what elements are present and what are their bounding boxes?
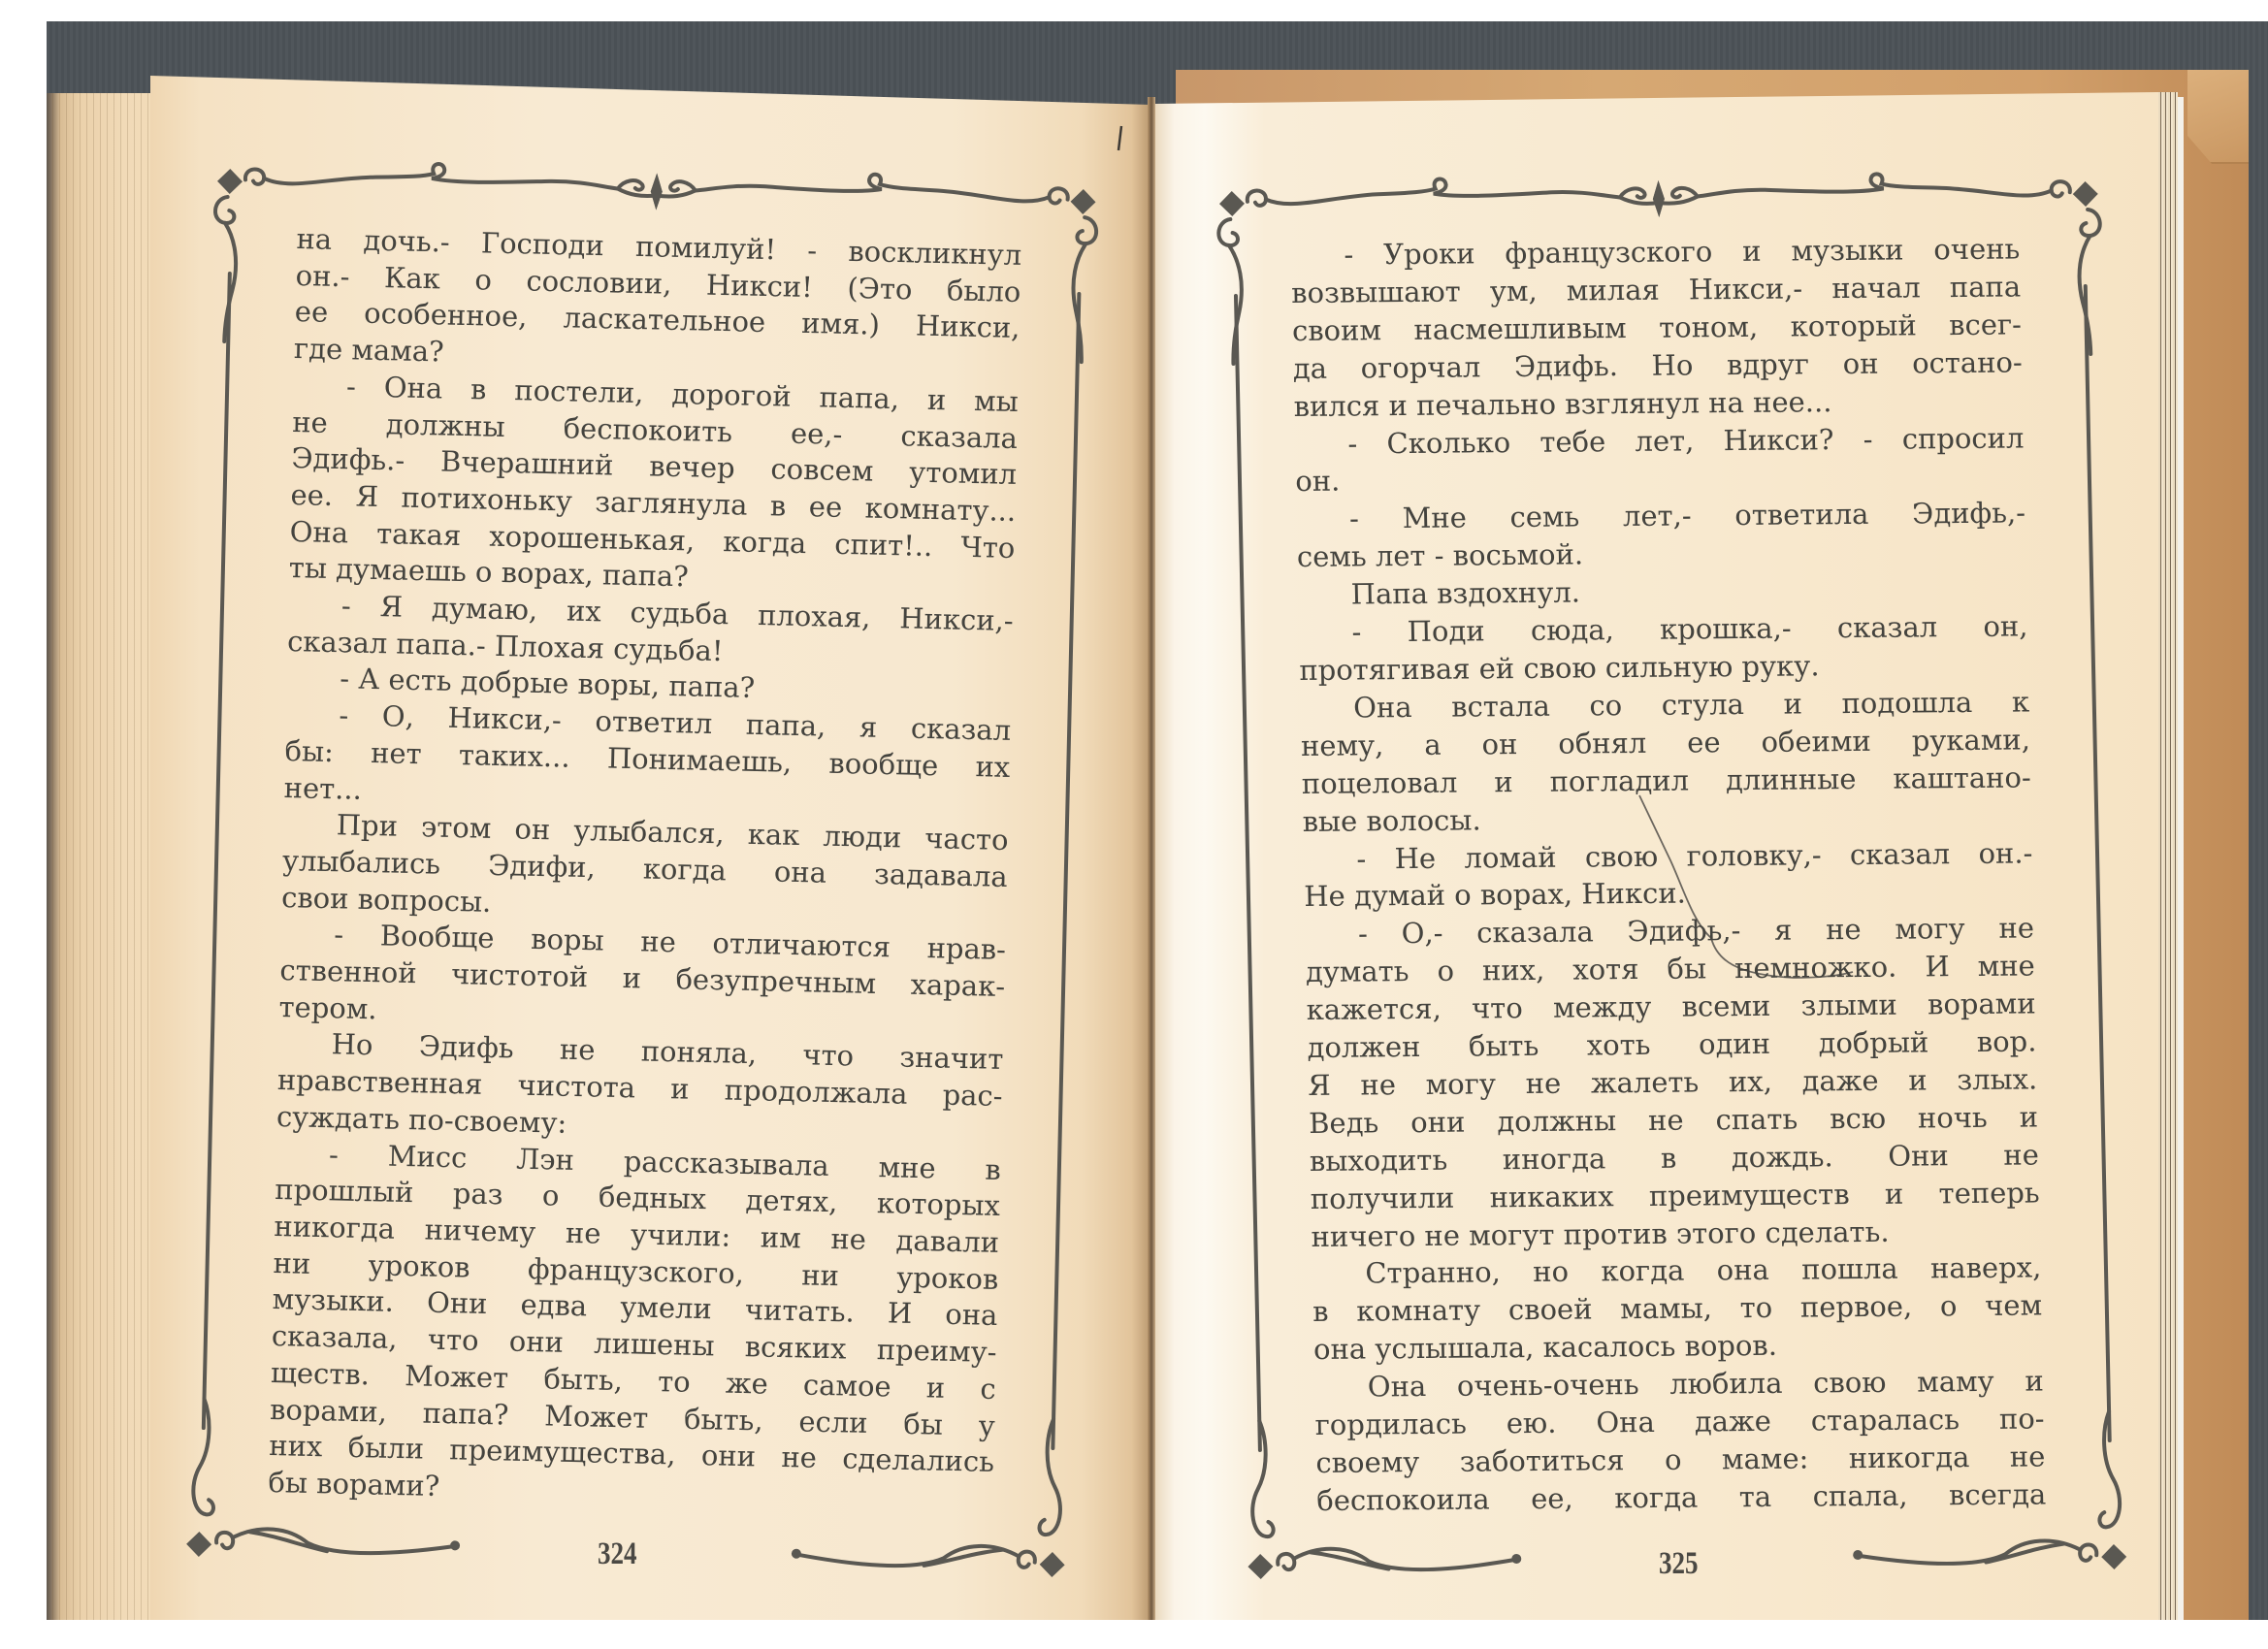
text-line: Странно, но когда она пошла наверх, — [1312, 1249, 2042, 1293]
text-line: - Поди сюда, крошка,- сказал он, — [1298, 607, 2028, 651]
text-line: она услышала, касалось воров. — [1313, 1325, 2044, 1369]
paragraph: - О,- сказала Эдифь,- я не могу недумать… — [1305, 910, 2041, 1256]
text-line: - Не ломай свою головку,- сказал он.- — [1303, 834, 2033, 878]
text-line: своим насмешливым тоном, который всег- — [1292, 306, 2023, 349]
paragraph: Папа вздохнул. — [1297, 570, 2027, 614]
text-line: нему, а он обнял ее обеими руками, — [1301, 721, 2031, 764]
text-line: гордилась ею. Она даже старалась по- — [1314, 1401, 2045, 1444]
text-line: он. — [1295, 457, 2025, 501]
paragraph: Странно, но когда она пошла наверх,в ком… — [1312, 1249, 2043, 1369]
paragraph: При этом он улыбался, как люди частоулыб… — [281, 806, 1009, 932]
text-line: - Сколько тебе лет, Никси? - спросил — [1294, 419, 2025, 463]
text-line: в комнату своей мамы, то первое, о чем — [1312, 1287, 2043, 1331]
text-line: ничего не могут против этого сделать. — [1311, 1212, 2041, 1255]
text-line: Она очень-очень любила свою маму и — [1313, 1363, 2044, 1406]
paragraph: - Мне семь лет,- ответила Эдифь,-семь ле… — [1296, 495, 2026, 576]
text-line: Папа вздохнул. — [1297, 570, 2027, 614]
paragraph: Она очень-очень любила свою маму игордил… — [1313, 1363, 2046, 1520]
paragraph: - Уроки французского и музыки оченьвозвы… — [1290, 230, 2024, 425]
text-line: Не думай о ворах, Никси. — [1304, 872, 2034, 916]
left-page-stack-edges — [47, 93, 155, 1620]
text-line: Она встала со стула и подошла к — [1300, 683, 2030, 727]
page-number-right: 325 — [1659, 1546, 1699, 1582]
text-line: своему заботиться о маме: никогда не — [1315, 1438, 2046, 1481]
right-page-edge-highlight — [2178, 97, 2184, 1620]
text-line: - Уроки французского и музыки очень — [1290, 230, 2021, 274]
text-line: Я не могу не жалеть их, даже и злых. — [1308, 1060, 2038, 1104]
book-gutter — [1148, 97, 1155, 1620]
paragraph: - Поди сюда, крошка,- сказал он,протягив… — [1298, 607, 2028, 689]
text-line: получили никаких преимуществ и теперь — [1310, 1174, 2040, 1217]
paragraph: Она встала со стула и подошла кнему, а о… — [1300, 683, 2032, 840]
text-line: семь лет - восьмой. — [1297, 533, 2027, 576]
text-line: выходить иногда в дождь. Они не — [1310, 1136, 2040, 1180]
text-line: беспокоила ее, когда та спала, всегда — [1316, 1475, 2047, 1519]
text-line: да огорчал Эдифь. Но вдруг он остано- — [1292, 343, 2023, 387]
text-line: Ведь они должны не спать всю ночь и — [1309, 1098, 2039, 1142]
text-line: кажется, что между всеми злыми ворами — [1306, 986, 2036, 1029]
text-line: - Мне семь лет,- ответила Эдифь,- — [1296, 495, 2026, 538]
paragraph: - О, Никси,- ответил папа, я сказалбы: н… — [283, 696, 1011, 823]
text-line: вился и печально взглянул на нее... — [1293, 381, 2024, 425]
text-line: возвышают ум, милая Никси,- начал папа — [1291, 268, 2022, 311]
right-page-text: - Уроки французского и музыки оченьвозвы… — [1290, 230, 2047, 1519]
left-page-text: на дочь.- Господи помилуй! - воскликнуло… — [268, 221, 1022, 1518]
paragraph: - Мисс Лэн рассказывала мне впрошлый раз… — [268, 1136, 1001, 1518]
paragraph: - Она в постели, дорогой папа, и мыне до… — [288, 368, 1019, 603]
paragraph: - Не ломай свою головку,- сказал он.-Не … — [1303, 834, 2033, 916]
text-line: протягивая ей свою сильную руку. — [1299, 645, 2029, 689]
paragraph: - Вообще воры не отличаются нрав-ственно… — [278, 916, 1006, 1042]
paragraph: на дочь.- Господи помилуй! - воскликнуло… — [294, 221, 1022, 384]
text-line: вые волосы. — [1302, 796, 2032, 840]
text-line: должен быть хоть один добрый вор. — [1307, 1022, 2037, 1066]
paragraph: Но Эдифь не поняла, что значитнравственн… — [276, 1025, 1004, 1151]
right-page-stack-edges — [2158, 92, 2178, 1620]
text-line: поцеловал и погладил длинные каштано- — [1301, 759, 2031, 802]
text-line: - О,- сказала Эдифь,- я не могу не — [1305, 910, 2035, 954]
paragraph: - Сколько тебе лет, Никси? - спросилон. — [1294, 419, 2025, 501]
text-line: думать о них, хотя бы немножко. И мне — [1305, 948, 2035, 991]
page-number-left: 324 — [598, 1536, 637, 1572]
